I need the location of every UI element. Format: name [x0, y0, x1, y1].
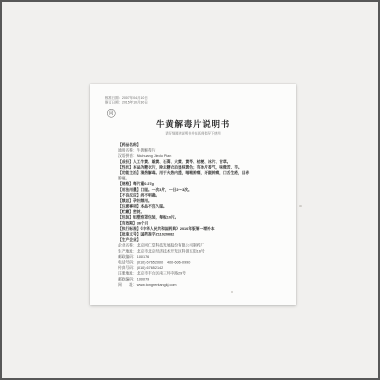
line-website: 网 址：www.tongrentangkj.com	[118, 282, 281, 288]
leaflet-page: 核准日期：2007年04月10日 修订日期：2015年10月30日 同 牛黄解毒…	[90, 84, 296, 305]
revision-date: 修订日期：2015年10月30日	[105, 101, 296, 106]
scan-artifact	[231, 291, 233, 293]
company-seal-icon: 同	[107, 109, 116, 118]
leaflet-title: 牛黄解毒片说明书	[90, 120, 296, 130]
scan-background: 核准日期：2007年04月10日 修订日期：2015年10月30日 同 牛黄解毒…	[0, 0, 380, 380]
leaflet-body: 【药品名称】 通用名称：牛黄解毒片 汉语拼音：Niuhuang Jiedu Pi…	[118, 142, 281, 287]
scan-artifact	[299, 205, 302, 207]
leaflet-content: 核准日期：2007年04月10日 修订日期：2015年10月30日 同 牛黄解毒…	[90, 84, 296, 305]
date-block: 核准日期：2007年04月10日 修订日期：2015年10月30日	[105, 96, 296, 105]
leaflet-subtitle: 请仔细阅读说明书并在医师指导下使用	[90, 132, 296, 136]
